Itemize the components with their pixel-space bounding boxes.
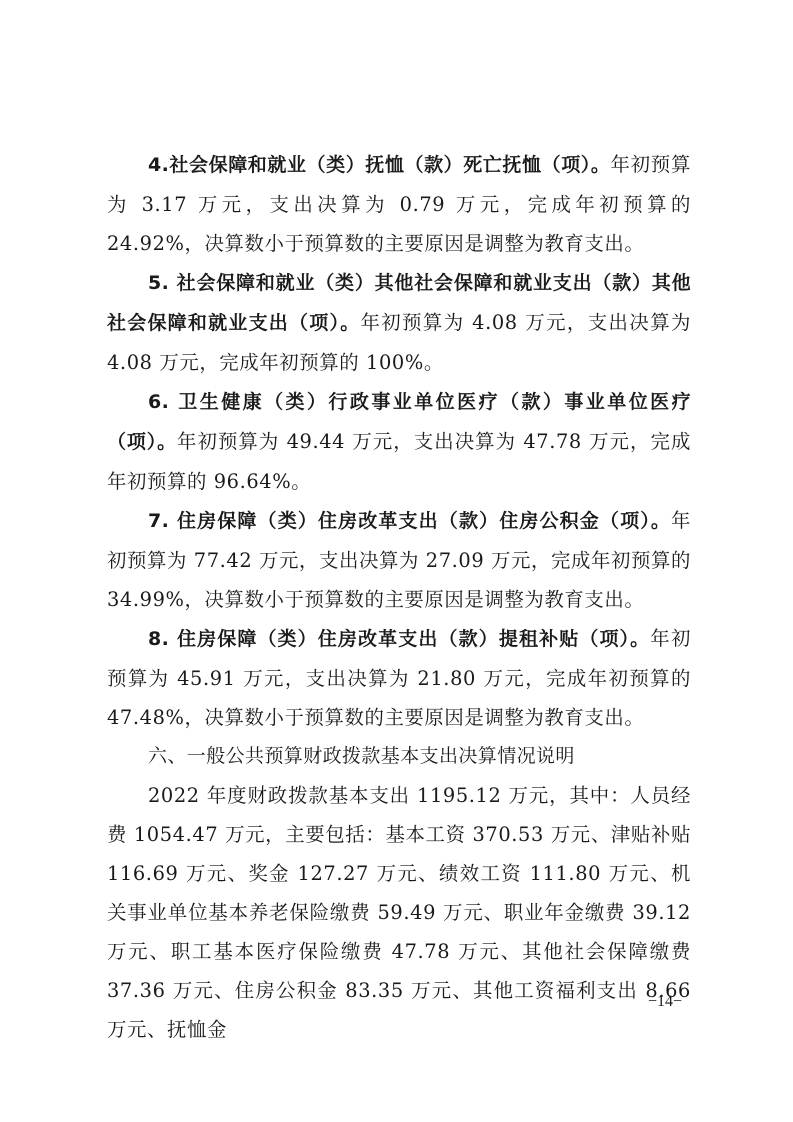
item-paragraph-6: 6. 卫生健康（类）行政事业单位医疗（款）事业单位医疗（项）。年初预算为 49.…: [107, 382, 691, 501]
page-number: −14−: [648, 993, 682, 1011]
section-body: 2022 年度财政拨款基本支出 1195.12 万元，其中：人员经费 1054.…: [107, 776, 691, 1049]
item-title: 4.社会保障和就业（类）抚恤（款）死亡抚恤（项）。: [148, 154, 610, 176]
item-paragraph-4: 4.社会保障和就业（类）抚恤（款）死亡抚恤（项）。年初预算为 3.17 万元，支…: [107, 145, 691, 263]
item-paragraph-7: 7. 住房保障（类）住房改革支出（款）住房公积金（项）。年初预算为 77.42 …: [107, 501, 691, 619]
item-title: 7. 住房保障（类）住房改革支出（款）住房公积金（项）。: [148, 510, 671, 532]
item-paragraph-5: 5. 社会保障和就业（类）其他社会保障和就业支出（款）其他社会保障和就业支出（项…: [107, 263, 691, 382]
document-page: 4.社会保障和就业（类）抚恤（款）死亡抚恤（项）。年初预算为 3.17 万元，支…: [107, 145, 691, 1049]
item-paragraph-8: 8. 住房保障（类）住房改革支出（款）提租补贴（项）。年初预算为 45.91 万…: [107, 619, 691, 737]
section-heading: 六、一般公共预算财政拨款基本支出决算情况说明: [107, 737, 691, 776]
item-title: 8. 住房保障（类）住房改革支出（款）提租补贴（项）。: [148, 628, 650, 650]
item-body: 年初预算为 49.44 万元，支出决算为 47.78 万元，完成年初预算的 96…: [107, 430, 691, 493]
